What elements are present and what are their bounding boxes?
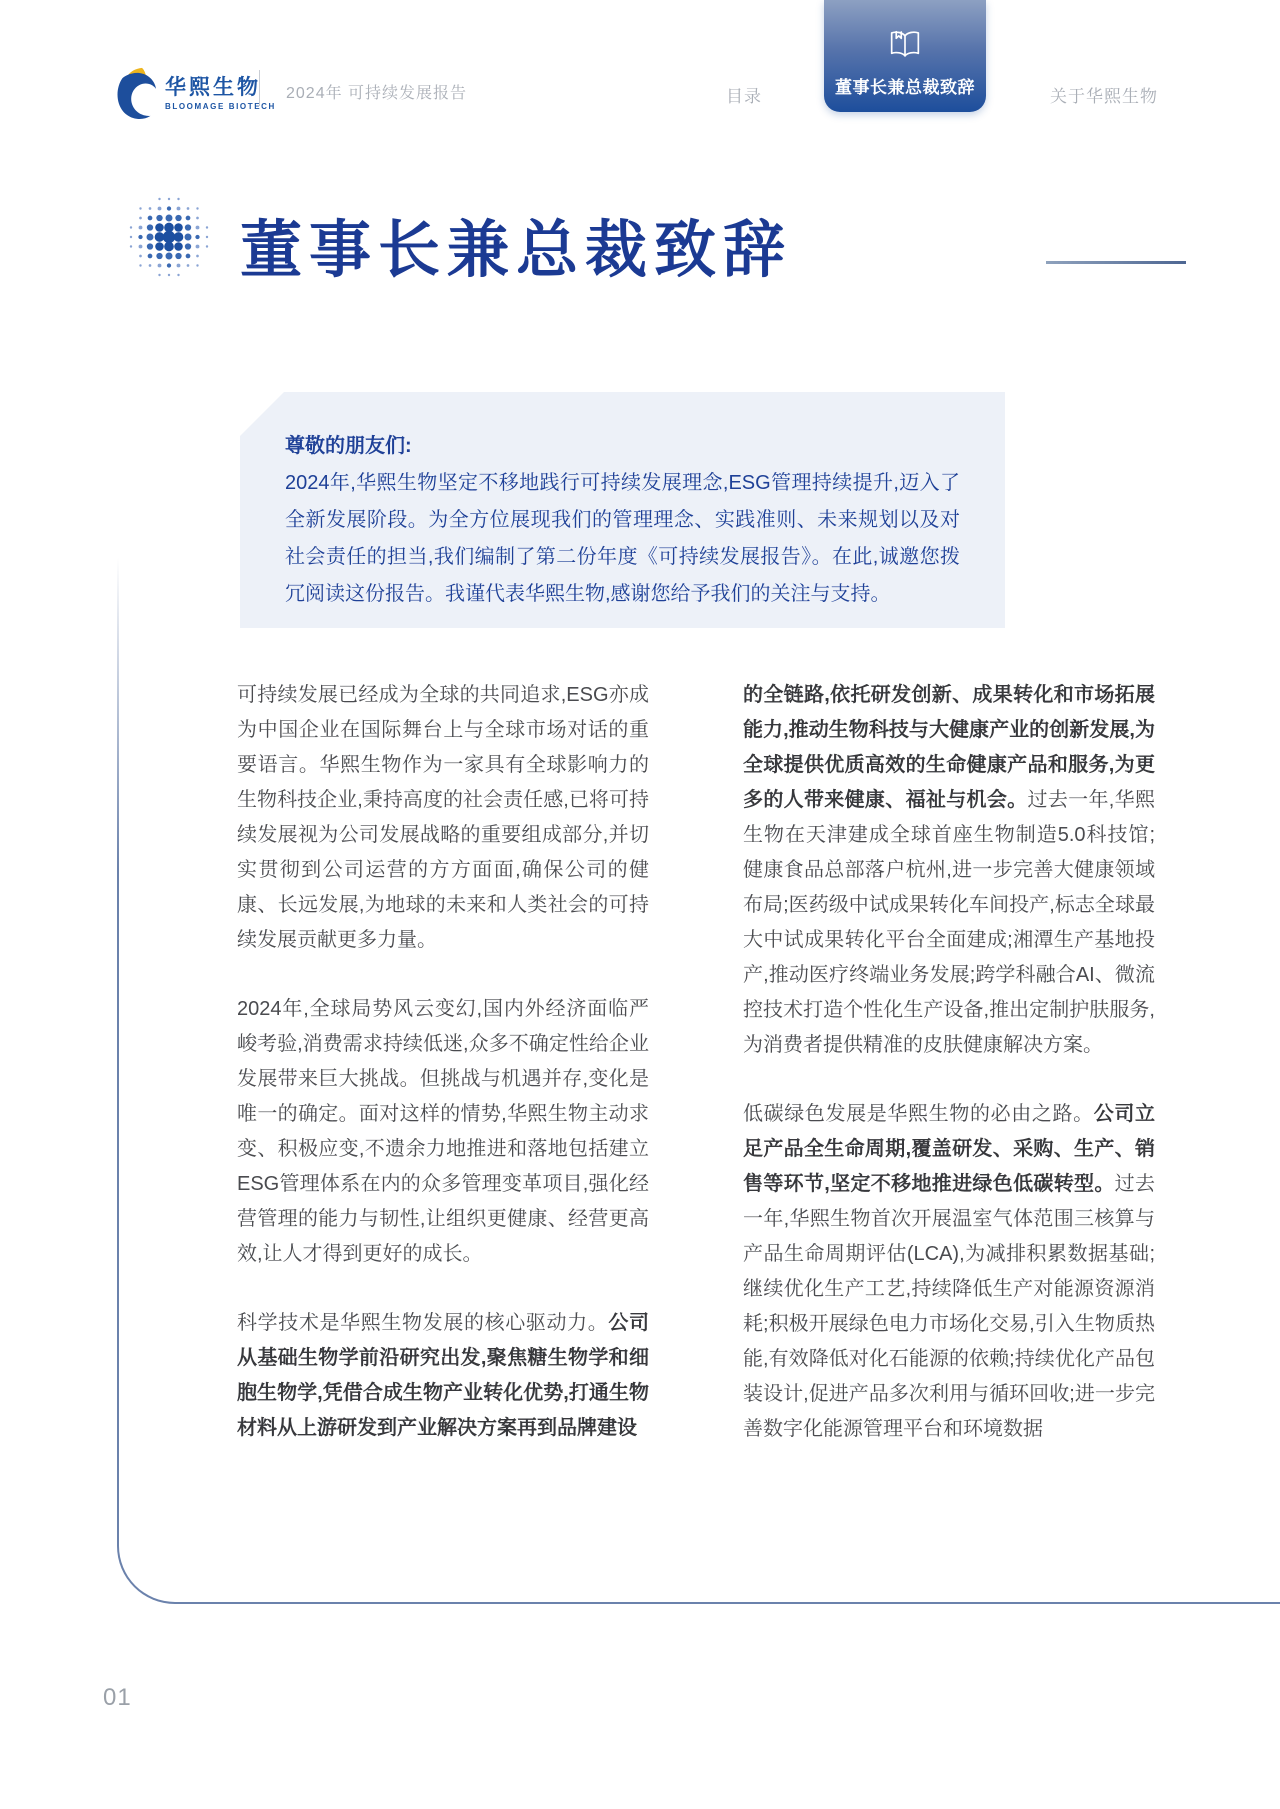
intro-greeting: 尊敬的朋友们: xyxy=(285,428,960,465)
page-number: 01 xyxy=(103,1684,132,1712)
paragraph: 的全链路,依托研发创新、成果转化和市场拓展能力,推动生物科技与大健康产业的创新发… xyxy=(743,678,1155,1063)
nav-tab-label: 董事长兼总裁致辞 xyxy=(835,73,975,98)
open-book-icon xyxy=(885,25,925,65)
logo-swoosh-icon xyxy=(115,66,157,122)
paragraph: 可持续发展已经成为全球的共同追求,ESG亦成为中国企业在国际舞台上与全球市场对话… xyxy=(237,678,649,958)
paragraph: 科学技术是华熙生物发展的核心驱动力。公司从基础生物学前沿研究出发,聚焦糖生物学和… xyxy=(237,1306,649,1446)
dotted-sphere-icon xyxy=(126,194,212,280)
page-frame-fade xyxy=(112,390,124,870)
title-decorative-line xyxy=(1046,261,1186,264)
intro-body-text: 2024年,华熙生物坚定不移地践行可持续发展理念,ESG管理持续提升,迈入了全新… xyxy=(285,465,960,613)
page-title: 董事长兼总裁致辞 xyxy=(240,200,792,289)
nav-item-toc[interactable]: 目录 xyxy=(726,82,762,107)
company-logo: 华熙生物 BLOOMAGE BIOTECH xyxy=(115,66,276,122)
paragraph: 2024年,全球局势风云变幻,国内外经济面临严峻考验,消费需求持续低迷,众多不确… xyxy=(237,992,649,1272)
nav-item-about[interactable]: 关于华熙生物 xyxy=(1050,82,1158,107)
nav-tab-chairman-message[interactable]: 董事长兼总裁致辞 xyxy=(824,0,986,112)
body-column-left: 可持续发展已经成为全球的共同追求,ESG亦成为中国企业在国际舞台上与全球市场对话… xyxy=(237,678,649,1446)
report-page: 华熙生物 BLOOMAGE BIOTECH 2024年 可持续发展报告 目录 董… xyxy=(0,0,1280,1809)
header-divider xyxy=(259,70,260,106)
body-column-right: 的全链路,依托研发创新、成果转化和市场拓展能力,推动生物科技与大健康产业的创新发… xyxy=(743,678,1155,1447)
report-title: 2024年 可持续发展报告 xyxy=(286,80,467,103)
paragraph: 低碳绿色发展是华熙生物的必由之路。公司立足产品全生命周期,覆盖研发、采购、生产、… xyxy=(743,1097,1155,1447)
intro-box: 尊敬的朋友们: 2024年,华熙生物坚定不移地践行可持续发展理念,ESG管理持续… xyxy=(240,392,1005,628)
